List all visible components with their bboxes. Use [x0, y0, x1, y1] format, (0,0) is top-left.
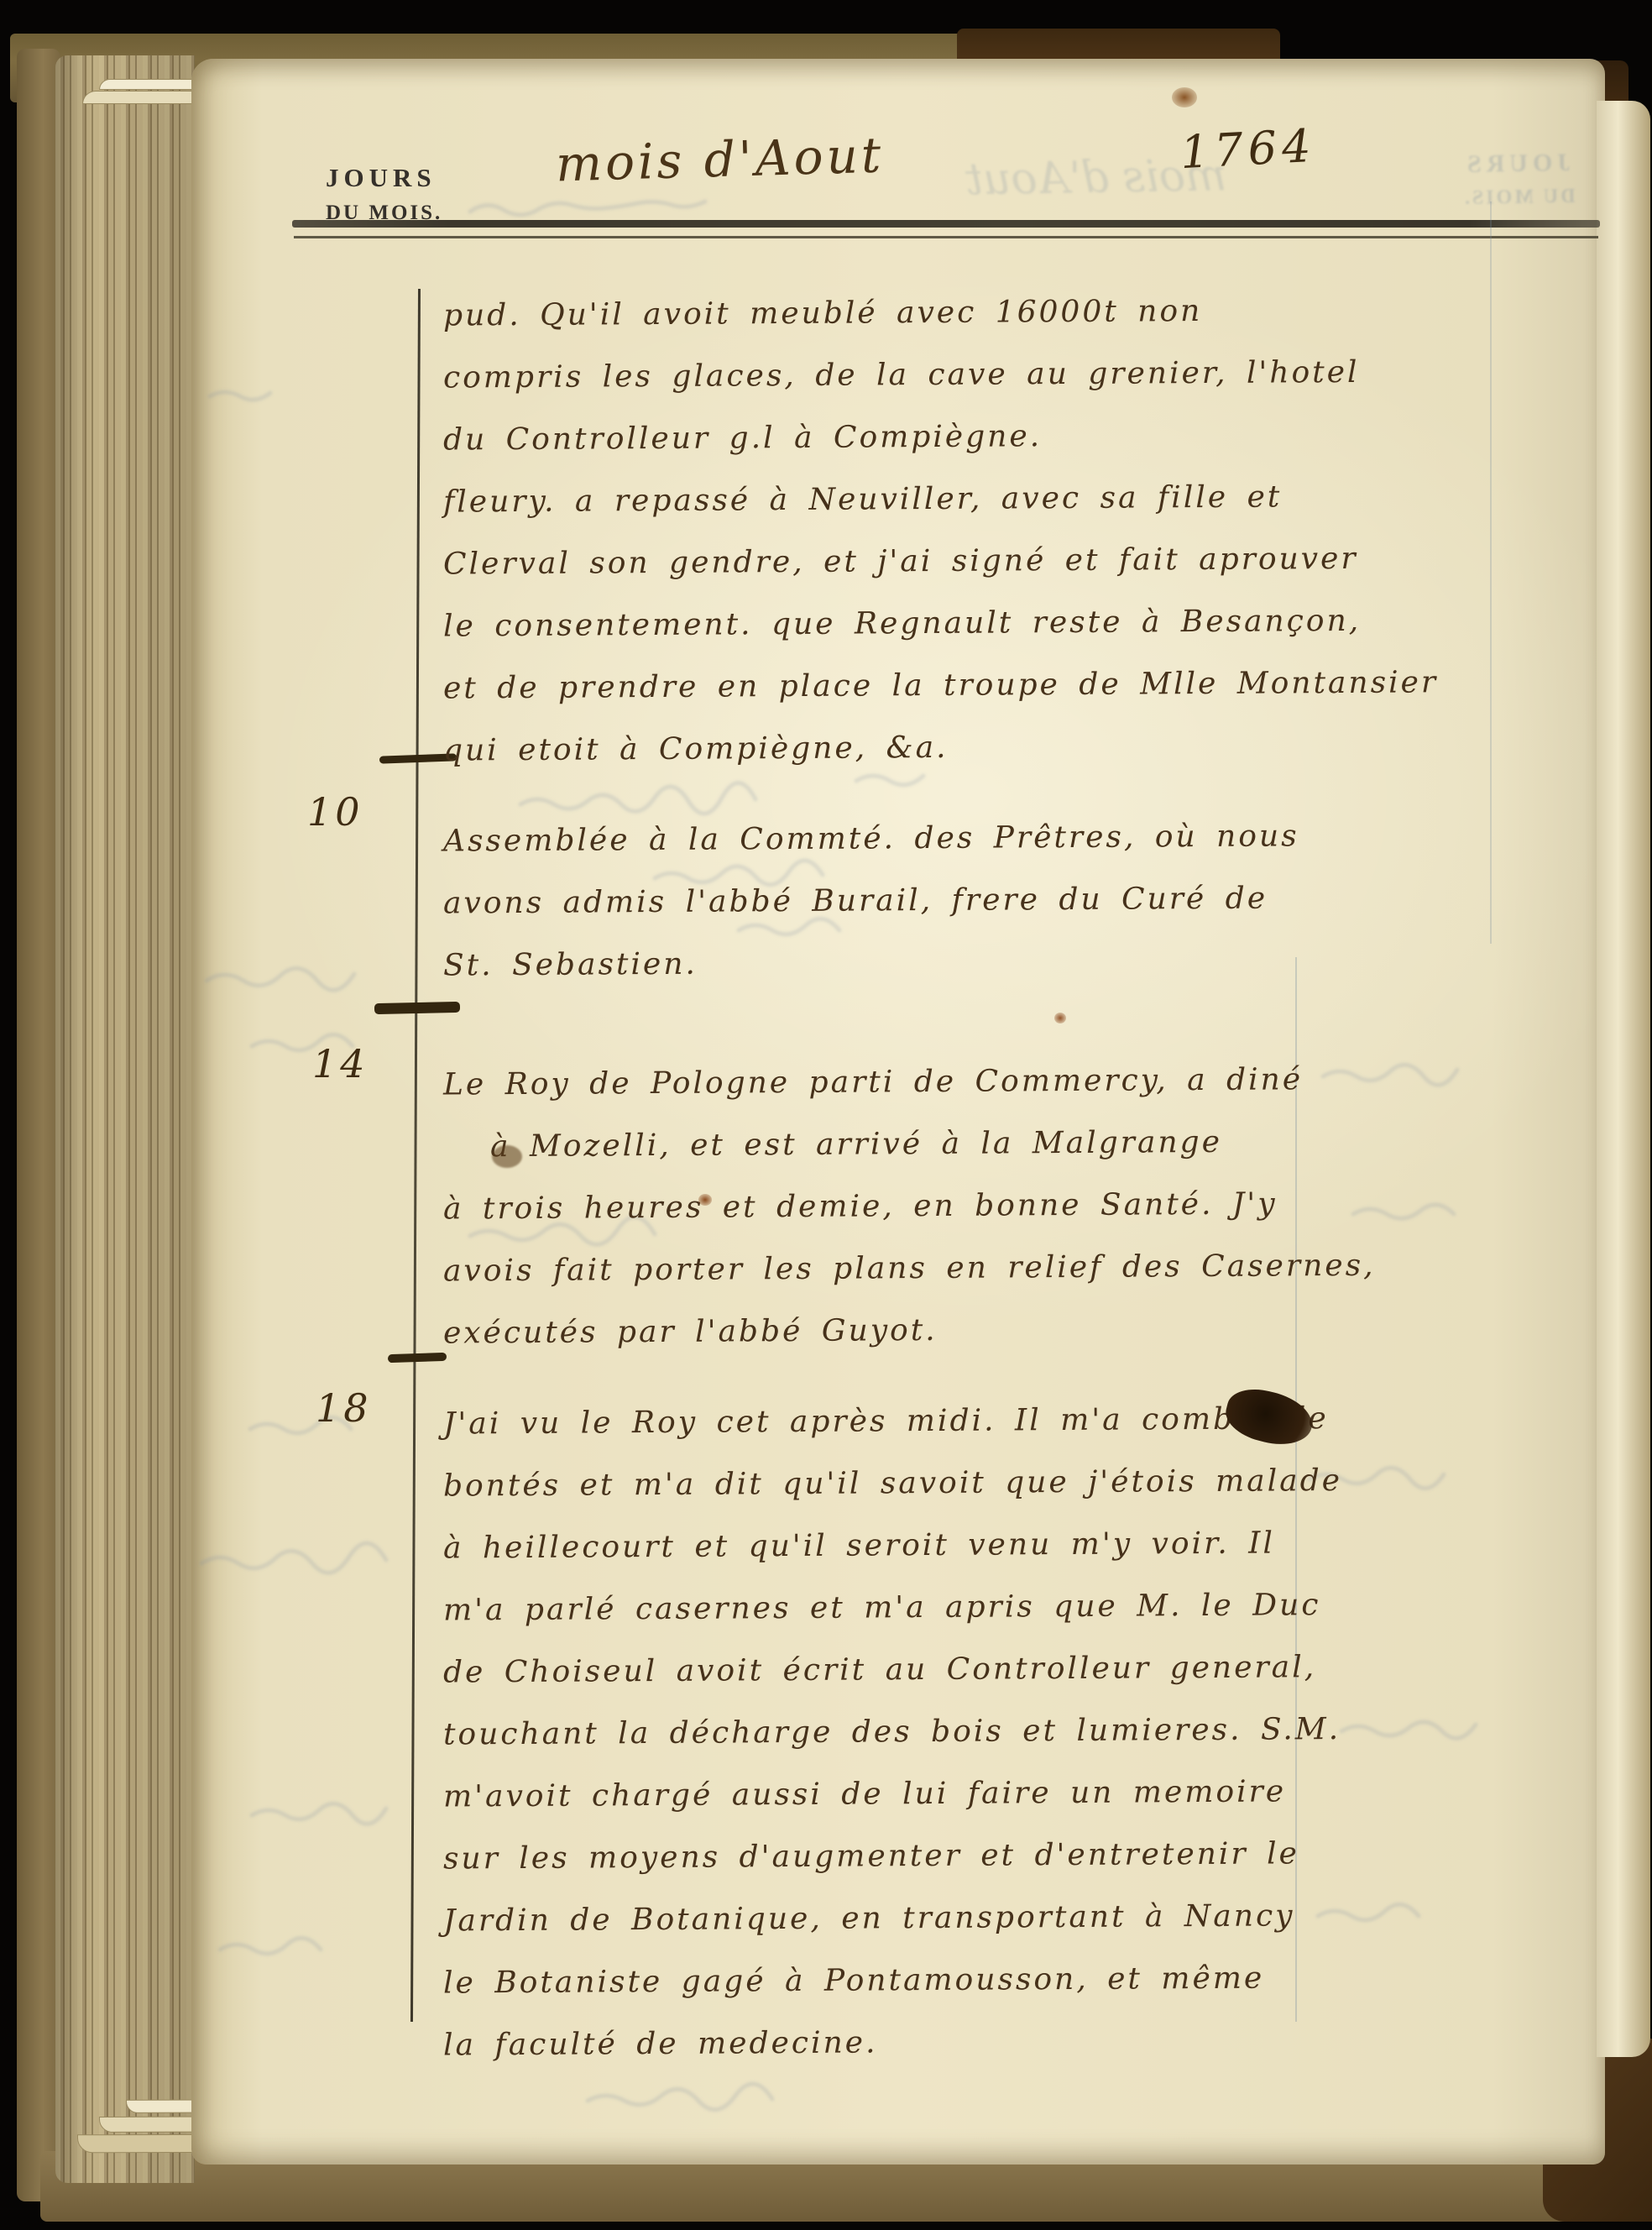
handwritten-line: Clerval son gendre, et j'ai signé et fai… — [443, 527, 1417, 595]
entry-start-dash — [374, 1002, 460, 1014]
handwritten-line: m'avoit chargé aussi de lui faire un mem… — [443, 1760, 1417, 1828]
handwritten-line: bontés et m'a dit qu'il savoit que j'éto… — [443, 1449, 1417, 1517]
journal-entry-continuation: pud. Qu'il avoit meublé avec 16000t non … — [443, 282, 1417, 779]
paper-stain — [1172, 87, 1197, 107]
header-rule-thick — [292, 220, 1600, 228]
handwritten-line: St. Sebastien. — [443, 929, 1417, 997]
handwritten-line: Jardin de Botanique, en transportant à N… — [443, 1884, 1417, 1952]
handwritten-line: sur les moyens d'augmenter et d'entreten… — [443, 1822, 1417, 1890]
handwritten-line: pud. Qu'il avoit meublé avec 16000t non — [443, 279, 1417, 347]
handwritten-line: et de prendre en place la troupe de Mlle… — [443, 652, 1417, 720]
day-number-14: 14 — [312, 1041, 369, 1086]
handwritten-line: à Mozelli, et est arrivé à la Malgrange — [443, 1110, 1417, 1178]
handwritten-line: exécutés par l'abbé Guyot. — [443, 1296, 1417, 1364]
bleed-through-margin-rule — [1490, 202, 1492, 944]
handwritten-line: compris les glaces, de la cave au grenie… — [443, 341, 1417, 409]
handwritten-line: du Controlleur g.l à Compiègne. — [443, 403, 1417, 471]
handwritten-line: le Botaniste gagé à Pontamousson, et mêm… — [443, 1946, 1417, 2014]
ink-smudge — [492, 1145, 522, 1168]
header-rule-thin — [294, 236, 1598, 238]
ghost-mirrored-month: mois d'Aout — [965, 150, 1227, 205]
paper-stain — [1054, 1013, 1066, 1023]
column-header-line1: JOURS — [326, 163, 442, 193]
handwritten-line: avons admis l'abbé Burail, frere du Curé… — [443, 866, 1417, 934]
handwritten-line: à trois heures et demie, en bonne Santé.… — [443, 1172, 1417, 1240]
paper-stain — [698, 1194, 712, 1206]
handwritten-line: la faculté de medecine. — [443, 2008, 1417, 2076]
manuscript-scan: JOURS DU MOIS. mois d'Aout 1764 JOURS DU… — [0, 0, 1652, 2230]
journal-entry-day-18: J'ai vu le Roy cet après midi. Il m'a co… — [443, 1390, 1417, 2074]
handwritten-line: fleury. a repassé à Neuviller, avec sa f… — [443, 465, 1417, 533]
handwritten-line: à heillecourt et qu'il seroit venu m'y v… — [443, 1511, 1417, 1579]
journal-entry-day-10: Assemblée à la Commté. des Prêtres, où n… — [443, 808, 1417, 994]
handwritten-line: Le Roy de Pologne parti de Commercy, a d… — [443, 1048, 1417, 1116]
handwritten-line: touchant la décharge des bois et lumiere… — [443, 1698, 1417, 1766]
handwritten-line: Assemblée à la Commté. des Prêtres, où n… — [443, 804, 1417, 872]
handwritten-line: avois fait porter les plans en relief de… — [443, 1234, 1417, 1302]
handwritten-line: le consentement. que Regnault reste à Be… — [443, 589, 1417, 657]
day-number-18: 18 — [316, 1385, 372, 1431]
journal-entry-day-14: Le Roy de Pologne parti de Commercy, a d… — [443, 1051, 1417, 1362]
ghost-mirrored-column-header: JOURS — [1462, 149, 1571, 179]
day-number-10: 10 — [307, 789, 363, 835]
printed-column-header: JOURS DU MOIS. — [326, 163, 442, 225]
handwritten-line: m'a parlé casernes et m'a apris que M. l… — [443, 1573, 1417, 1641]
ghost-mirrored-column-header: DU MOIS. — [1462, 186, 1576, 210]
column-header-line2: DU MOIS. — [326, 202, 442, 225]
handwritten-line: qui etoit à Compiègne, &a. — [443, 714, 1417, 782]
handwritten-month-title: mois d'Aout — [555, 127, 885, 193]
handwritten-line: de Choiseul avoit écrit au Controlleur g… — [443, 1636, 1417, 1704]
